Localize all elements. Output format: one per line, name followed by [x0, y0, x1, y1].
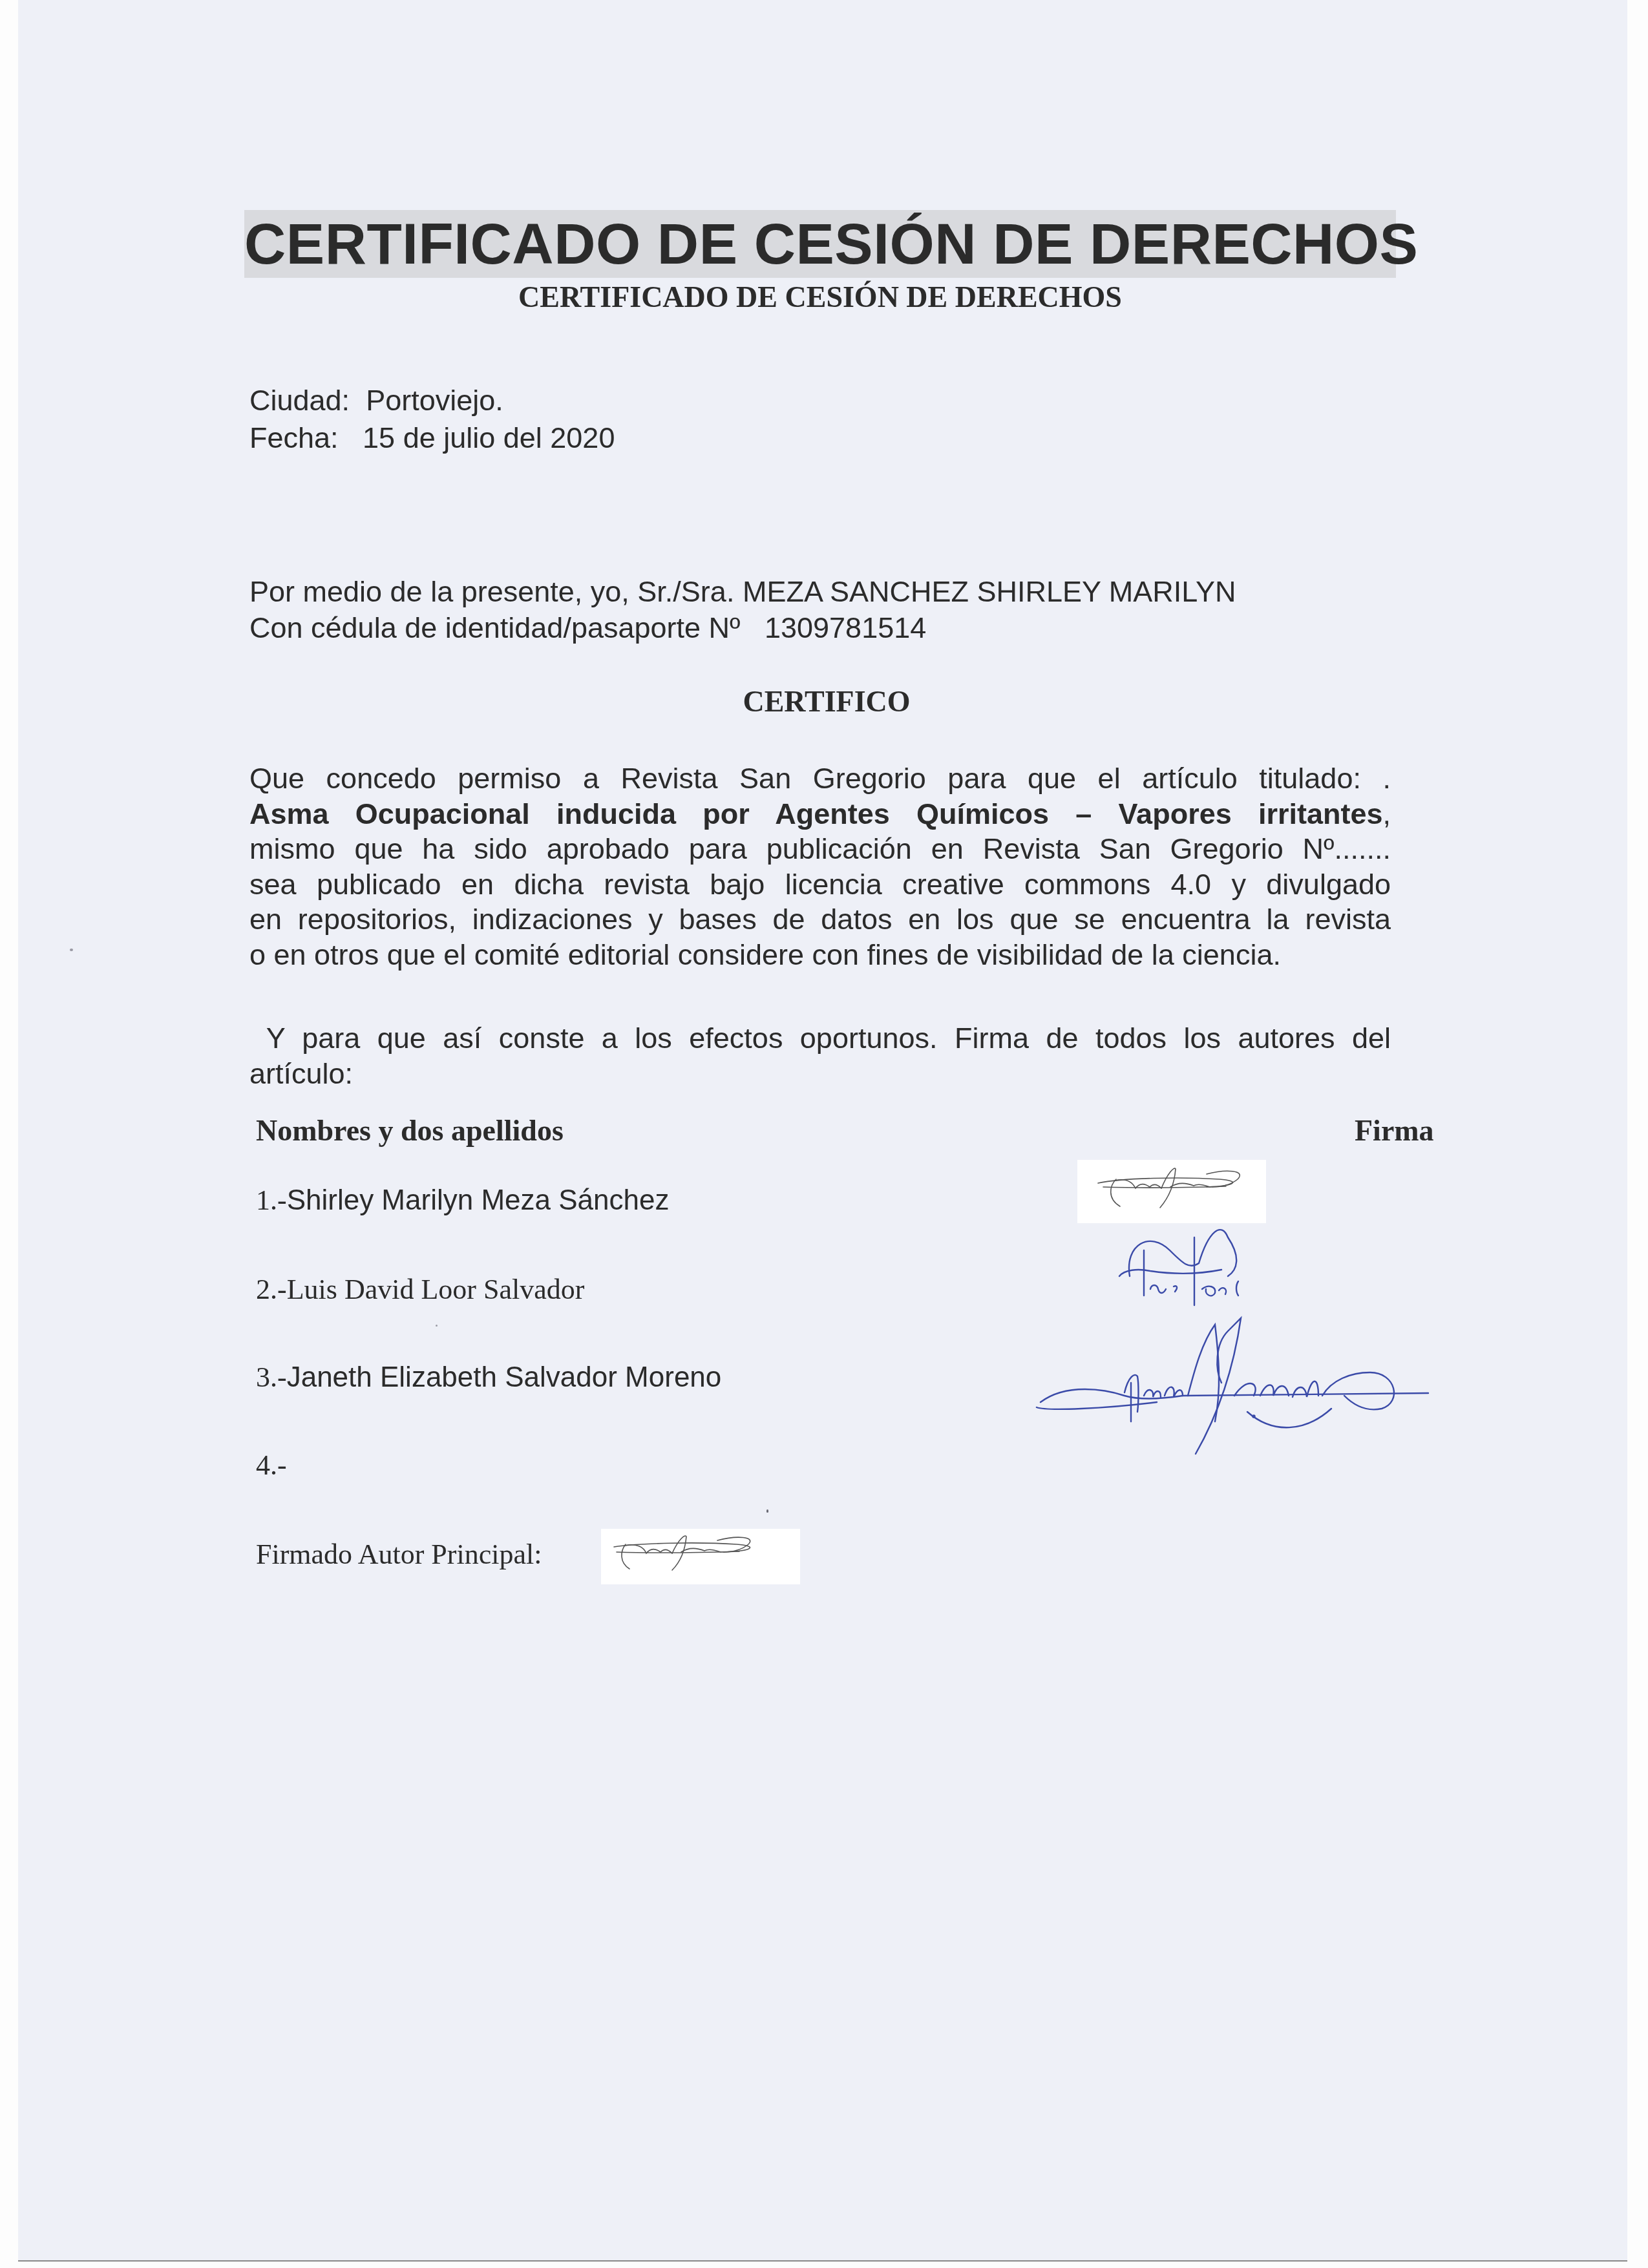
date-label: Fecha:	[249, 421, 339, 454]
signature-principal-author	[601, 1529, 800, 1584]
permission-paragraph: Que concedo permiso a Revista San Gregor…	[249, 761, 1391, 972]
article-title: Asma Ocupacional inducida por Agentes Qu…	[249, 797, 1382, 830]
signature-author-2	[1112, 1224, 1280, 1315]
scan-speck	[766, 1509, 768, 1513]
id-number: 1309781514	[765, 611, 926, 644]
date-line: Fecha: 15 de julio del 2020	[249, 420, 615, 456]
article-title-line: Asma Ocupacional inducida por Agentes Qu…	[249, 797, 1391, 832]
document-title: CERTIFICADO DE CESIÓN DE DERECHOS	[244, 210, 1396, 278]
column-header-signature: Firma	[1355, 1113, 1434, 1149]
city-value: Portoviejo.	[366, 384, 503, 417]
scan-speck	[436, 1325, 438, 1327]
author-number: 2.-	[256, 1274, 287, 1305]
paragraph-line: o en otros que el comité editorial consi…	[249, 938, 1391, 973]
document-subtitle: CERTIFICADO DE CESIÓN DE DERECHOS	[244, 278, 1396, 317]
paragraph-line: Y para que así conste a los efectos opor…	[249, 1021, 1391, 1056]
author-row: 4.-	[256, 1447, 287, 1484]
city-line: Ciudad: Portoviejo.	[249, 383, 503, 419]
paragraph-line: mismo que ha sido aprobado para publicac…	[249, 832, 1391, 867]
author-name: Janeth Elizabeth Salvador Moreno	[287, 1361, 722, 1393]
certifico-heading: CERTIFICO	[0, 684, 1648, 720]
author-name: Luis David Loor Salvador	[287, 1274, 585, 1305]
author-row: 3.-Janeth Elizabeth Salvador Moreno	[256, 1360, 721, 1396]
id-label: Con cédula de identidad/pasaporte Nº	[249, 611, 740, 644]
author-number: 4.-	[256, 1449, 287, 1481]
signature-author-3	[1028, 1305, 1454, 1460]
scan-speck	[70, 949, 73, 951]
author-number: 3.-	[256, 1361, 287, 1393]
author-row: 1.-Shirley Marilyn Meza Sánchez	[256, 1182, 669, 1219]
principal-author-label: Firmado Autor Principal:	[256, 1537, 542, 1573]
city-label: Ciudad:	[249, 384, 350, 417]
signature-author-1	[1077, 1160, 1266, 1223]
paragraph-line: artículo:	[249, 1056, 1391, 1092]
intro-line-2: Con cédula de identidad/pasaporte Nº 130…	[249, 610, 926, 646]
column-header-names: Nombres y dos apellidos	[256, 1113, 564, 1149]
author-number: 1.-	[256, 1184, 287, 1216]
author-name: Shirley Marilyn Meza Sánchez	[287, 1184, 670, 1216]
author-row: 2.-Luis David Loor Salvador	[256, 1272, 584, 1308]
intro-line-1: Por medio de la presente, yo, Sr./Sra. M…	[249, 574, 1236, 610]
paragraph-line: en repositorios, indizaciones y bases de…	[249, 902, 1391, 938]
signatures-intro-paragraph: Y para que así conste a los efectos opor…	[249, 1021, 1391, 1091]
paragraph-line: Que concedo permiso a Revista San Gregor…	[249, 761, 1391, 797]
paragraph-line: sea publicado en dicha revista bajo lice…	[249, 867, 1391, 903]
date-value: 15 de julio del 2020	[363, 421, 615, 454]
